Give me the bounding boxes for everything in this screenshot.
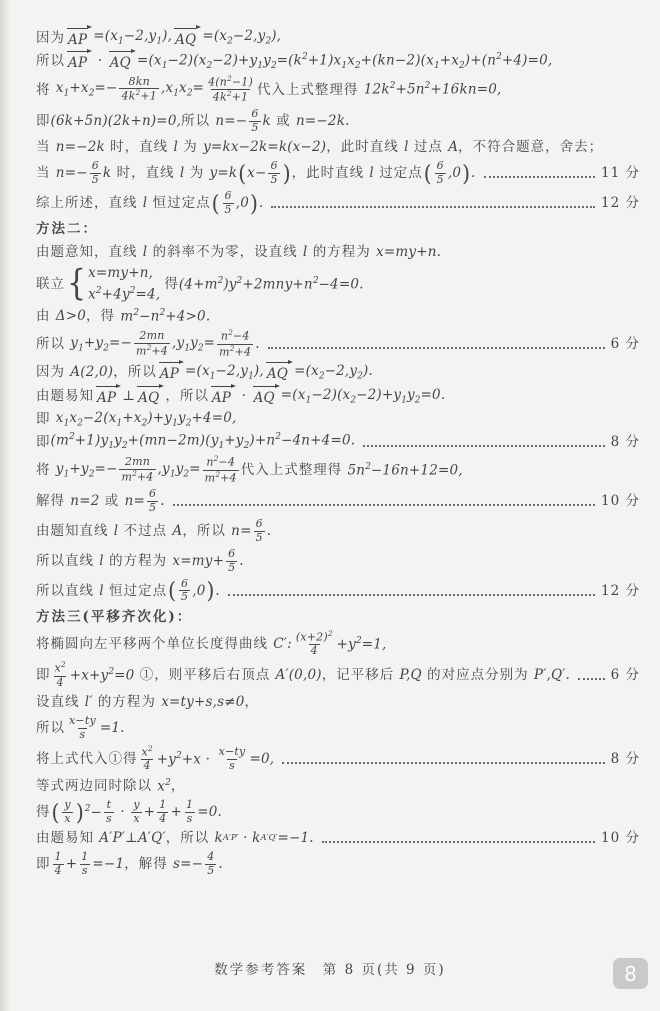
score-marker: 12 分 — [601, 194, 640, 212]
dotted-leader — [322, 841, 595, 843]
math-run: A′P′⊥A′Q′ — [99, 829, 165, 847]
math-run: 4 — [54, 676, 65, 690]
math-run: . — [239, 552, 244, 570]
text-run: 过点 — [409, 138, 449, 156]
text-run: 所以 — [36, 335, 70, 353]
big-paren: ( — [238, 158, 246, 189]
math-run: ,0 — [192, 582, 205, 600]
math-line: 当 n=−65k 时，直线 l 为 y=k(x−65)，此时直线 l 过定点(6… — [36, 159, 640, 187]
math-run: 6 — [226, 548, 237, 561]
math-run: · k — [239, 829, 261, 847]
answer-body: 因为AP=(x1−2,y1),AQ=(x2−2,y2),所以AP · AQ=(x… — [36, 25, 640, 880]
math-run: 6 — [435, 160, 446, 173]
math-run: y1+y2=− — [70, 334, 132, 355]
math-run: 4 — [309, 644, 320, 658]
math-run: AP — [68, 55, 87, 71]
math-run: x=ty+s,s≠0 — [161, 693, 244, 711]
math-run: 4 — [141, 759, 152, 773]
vector-overarrow: AQ — [173, 27, 201, 49]
fraction: x24 — [53, 661, 68, 689]
method-heading: 方法三(平移齐次化)： — [36, 608, 192, 626]
text-run: 当 — [36, 164, 56, 182]
math-line: 当 n=−2k 时，直线 l 为 y=kx−2k=k(x−2)，此时直线 l 过… — [36, 137, 640, 158]
math-run: 5n2−16n+12=0, — [348, 461, 463, 480]
math-run: 8kn — [127, 76, 152, 89]
math-run: +y2+x · — [157, 750, 215, 769]
math-run: A(2,0) — [70, 363, 113, 381]
math-run: 2− — [85, 803, 102, 822]
fraction: 4(n2−1)4k2+1 — [206, 75, 255, 105]
math-line: 将 y1+y2=−2mnm2+4,y1y2=n2−4m2+4代入上式整理得 5n… — [36, 454, 640, 486]
math-run: A′(0,0) — [276, 666, 322, 684]
brace-icon: { — [67, 260, 86, 308]
text-run: 即 — [36, 855, 51, 873]
big-paren: ( — [212, 188, 220, 219]
fraction: n2−4m2+4 — [217, 329, 253, 359]
text-run: 的方程为 — [104, 552, 173, 570]
scan-edge-shadow — [0, 0, 10, 1011]
math-run: k — [215, 829, 223, 847]
math-run: x — [62, 812, 72, 826]
math-run: AQ — [254, 390, 275, 406]
math-run: AQ — [267, 366, 288, 382]
math-line: 解得 n=2 或 n=65.10 分 — [36, 487, 640, 515]
big-paren: ) — [462, 158, 470, 189]
vector-overarrow: AP — [66, 27, 92, 49]
math-run: C′: — [273, 635, 292, 653]
math-run: =(x1−2)(x2−2)+y1y2=(k2+1)x1x2+(kn−2)(x1+… — [137, 51, 552, 72]
text-run: 时，直线 — [111, 164, 180, 182]
big-paren: ) — [76, 797, 84, 828]
text-run: 因为 — [36, 363, 70, 381]
text-run: 将椭圆向左平移两个单位长度得曲线 — [36, 635, 273, 653]
subscript-run: A′P′ — [223, 833, 239, 844]
math-run: 5 — [205, 864, 216, 878]
fraction: 65 — [249, 108, 260, 134]
math-run: · — [93, 52, 106, 70]
math-run: 5 — [226, 561, 237, 575]
math-run: AQ — [138, 390, 159, 406]
fraction: 65 — [226, 548, 237, 574]
math-run: A — [172, 522, 182, 540]
text-run: ，记平移后 — [322, 666, 400, 684]
math-run: A — [448, 138, 458, 156]
math-run: y — [131, 799, 141, 812]
math-run: 6 — [223, 190, 234, 203]
dotted-leader — [282, 762, 604, 764]
math-run: · — [116, 803, 129, 821]
math-line: 将 x1+x2=−8kn4k2+1,x1x2=4(n2−1)4k2+1代入上式整… — [36, 74, 640, 106]
fraction: 65 — [435, 160, 446, 186]
fraction: 2mnm2+4 — [119, 456, 155, 484]
score-marker: 10 分 — [601, 829, 640, 847]
math-run: y — [62, 799, 72, 812]
math-run: 6 — [147, 488, 158, 501]
math-run: 5 — [268, 173, 279, 187]
text-run: ①，则平移后右顶点 — [134, 666, 275, 684]
math-run: . — [218, 855, 223, 873]
text-run: 设直线 — [36, 693, 85, 711]
math-line: 由题易知AP⊥AQ，所以AP · AQ=(x1−2)(x2−2)+y1y2=0. — [36, 385, 640, 407]
fraction: n2−4m2+4 — [203, 455, 239, 485]
math-run: 5 — [90, 173, 101, 187]
vector-overarrow: AQ — [252, 385, 280, 407]
text-run: 由题易知 — [36, 387, 94, 405]
text-run: 由题易知 — [36, 829, 99, 847]
math-run: 1 — [184, 799, 195, 812]
math-run: n2−4 — [204, 455, 237, 469]
text-run: 将 — [36, 461, 56, 479]
math-run: ,0 — [448, 164, 461, 182]
math-run: 2mn — [123, 456, 152, 469]
big-paren: ( — [424, 158, 432, 189]
math-run: 12k2+5n2+16kn=0, — [364, 80, 502, 99]
subscript-run: A′Q′ — [260, 833, 277, 844]
score-marker: 6 分 — [611, 666, 640, 684]
fraction: 65 — [223, 190, 234, 216]
fraction: 65 — [254, 518, 265, 544]
math-run: 1 — [79, 851, 90, 864]
vector-overarrow: AQ — [265, 361, 293, 383]
math-run: s — [227, 759, 237, 773]
text-run: 的斜率不为零，设直线 — [147, 243, 303, 261]
math-run: 2mn — [137, 330, 166, 343]
math-line: 所以AP · AQ=(x1−2)(x2−2)+y1y2=(k2+1)x1x2+(… — [36, 50, 640, 72]
math-run: 4k2+1 — [119, 88, 158, 103]
text-run: 即 — [36, 410, 56, 428]
math-run: x2 — [140, 745, 155, 759]
math-run: P′,Q′. — [534, 666, 570, 684]
math-run: m2−n2+4>0. — [120, 307, 210, 326]
text-run: 将 — [36, 81, 56, 99]
math-run: AP — [160, 366, 179, 382]
math-run: m2+4 — [217, 344, 253, 359]
math-line: 由 Δ>0，得 m2−n2+4>0. — [36, 306, 640, 327]
text-run: ， — [171, 777, 186, 795]
math-run: ,x1x2= — [161, 79, 204, 100]
math-run: x — [131, 812, 141, 826]
text-run: 代入上式整理得 — [241, 461, 348, 479]
math-run: (4+m2)y2+2mny+n2−4=0. — [179, 275, 364, 294]
math-run: Δ>0 — [56, 307, 86, 325]
math-run: n2−4 — [219, 329, 252, 343]
fraction: ts — [104, 799, 114, 825]
text-run: 的对应点分别为 — [422, 666, 534, 684]
text-run: 所以 — [181, 112, 215, 130]
math-run: n=2 — [70, 492, 99, 510]
math-run: s — [185, 812, 195, 826]
fraction: 65 — [268, 160, 279, 186]
page-footer: 数学参考答案 第 8 页(共 9 页) — [0, 958, 660, 978]
text-run: 为 — [184, 164, 209, 182]
math-line: 所以直线 l 恒过定点(65,0).12 分 — [36, 577, 640, 605]
text-run: 所以直线 — [36, 582, 99, 600]
dotted-leader — [363, 445, 604, 447]
math-run: y=kx−2k=k(x−2) — [203, 138, 326, 156]
math-run: t — [105, 799, 114, 812]
math-run: 5 — [249, 121, 260, 135]
text-run: 的方程为 — [93, 693, 162, 711]
text-run: ，所以 — [165, 387, 209, 405]
math-run: . — [267, 522, 272, 540]
math-line: 综上所述，直线 l 恒过定点(65,0).12 分 — [36, 189, 640, 217]
fraction: 14 — [157, 799, 168, 825]
text-run: 解得 — [36, 492, 70, 510]
text-run: 恒过定点 — [104, 582, 167, 600]
text-run: ，得 — [86, 307, 120, 325]
text-run: 不过点 — [118, 522, 172, 540]
text-run: 或 — [100, 492, 125, 510]
math-run: ,y1y2= — [172, 334, 215, 355]
text-run: 或 — [271, 112, 296, 130]
math-run: 4k2+1 — [211, 89, 250, 104]
math-line: 设直线 l′ 的方程为 x=ty+s,s≠0， — [36, 692, 640, 713]
text-run: 时，直线 — [105, 138, 174, 156]
math-run: 5 — [435, 173, 446, 187]
text-run: 由题意知，直线 — [36, 243, 143, 261]
text-run: ，此时直线 — [292, 164, 370, 182]
fraction: x−tys — [67, 715, 98, 741]
math-run: n=− — [56, 164, 88, 182]
text-run: 当 — [36, 138, 56, 156]
text-run: 所以 — [36, 52, 65, 70]
text-run: ，所以 — [166, 829, 215, 847]
fraction: 8kn4k2+1 — [119, 76, 158, 104]
equation-system: {x=my+n,x2+4y2=4, — [67, 264, 160, 305]
math-line: 所以直线 l 的方程为 x=my+65. — [36, 547, 640, 575]
text-run: 所以 — [36, 719, 65, 737]
math-run: =(x2−2,y2), — [202, 27, 281, 48]
math-run: =1. — [100, 719, 125, 737]
math-run: m2+4 — [119, 469, 155, 484]
math-run: n= — [231, 522, 251, 540]
math-run: . — [471, 164, 476, 182]
text-run: 等式两边同时除以 — [36, 777, 157, 795]
text-run: 为 — [178, 138, 203, 156]
big-paren: ) — [283, 158, 291, 189]
math-run: . — [259, 194, 264, 212]
math-run: + — [66, 855, 78, 873]
vector-overarrow: AP — [66, 50, 92, 72]
fraction: 14 — [53, 851, 64, 877]
math-run: s=− — [173, 855, 203, 873]
math-run: y=k — [210, 164, 238, 182]
score-marker: 12 分 — [601, 582, 640, 600]
math-run: . — [255, 335, 260, 353]
math-run: s — [104, 812, 114, 826]
vector-overarrow: AQ — [108, 50, 136, 72]
math-line: 由题意知，直线 l 的斜率不为零，设直线 l 的方程为 x=my+n. — [36, 241, 640, 262]
math-run: =(x1−2,y1), — [93, 27, 172, 48]
math-run: (m2+1)y1y2+(mn−2m)(y1+y2)+n2−4n+4=0. — [51, 431, 356, 452]
text-run: 由 — [36, 307, 56, 325]
math-run: =0, — [249, 750, 274, 768]
math-run: 5 — [147, 501, 158, 515]
text-run: 即 — [36, 112, 51, 130]
math-run: m2+4 — [203, 470, 239, 485]
fraction: 1s — [79, 851, 90, 877]
big-paren: ( — [168, 576, 176, 607]
math-run: 5 — [254, 531, 265, 545]
math-run: =(x1−2,y1), — [185, 362, 264, 383]
text-run: 将上式代入①得 — [36, 750, 138, 768]
math-run: x−ty — [217, 746, 248, 759]
fraction: 65 — [147, 488, 158, 514]
math-run: 4 — [205, 851, 216, 864]
method-heading: 方法二： — [36, 220, 98, 238]
math-line: 联立{x=my+n,x2+4y2=4,得(4+m2)y2+2mny+n2−4=0… — [36, 264, 640, 305]
math-run: n= — [125, 492, 145, 510]
text-run: 综上所述，直线 — [36, 194, 143, 212]
fraction: 1s — [184, 799, 195, 825]
math-run: m2+4 — [134, 343, 170, 358]
math-run: s — [80, 864, 90, 878]
math-run: +x+y2=0 — [70, 666, 135, 685]
math-run: =−1 — [92, 855, 124, 873]
math-run: x1+x2=− — [56, 79, 118, 100]
math-run: n=− — [215, 112, 247, 130]
math-line: 所以 y1+y2=−2mnm2+4,y1y2=n2−4m2+4.6 分 — [36, 328, 640, 360]
big-paren: ) — [207, 576, 215, 607]
text-run: 所以直线 — [36, 552, 99, 570]
footer-text: 数学参考答案 第 8 页(共 9 页) — [214, 962, 445, 978]
math-run: 6 — [254, 518, 265, 531]
math-run: x2 — [157, 777, 171, 796]
math-run: n=−2k. — [296, 112, 350, 130]
text-run: ，不符合题意，舍去； — [458, 138, 603, 156]
math-run: +y2=1, — [337, 635, 387, 654]
math-run: 1 — [157, 799, 168, 812]
math-run: l′ — [85, 693, 93, 711]
score-marker: 11 分 — [601, 164, 640, 182]
dotted-leader — [228, 594, 595, 596]
math-run: x−ty — [67, 715, 98, 728]
math-line: 因为AP=(x1−2,y1),AQ=(x2−2,y2), — [36, 27, 640, 49]
score-marker: 8 分 — [611, 750, 640, 768]
math-line: 即 x1x2−2(x1+x2)+y1y2+4=0, — [36, 409, 640, 430]
math-run: k — [263, 112, 271, 130]
math-run: =−1. — [277, 829, 313, 847]
math-run: x=my+ — [172, 552, 224, 570]
math-run: 5 — [223, 203, 234, 217]
text-run: 的方程为 — [307, 243, 376, 261]
math-run: 5 — [179, 590, 190, 604]
math-run: 6 — [179, 578, 190, 591]
math-run: y1+y2=− — [56, 460, 118, 481]
math-run: AP — [68, 32, 87, 48]
math-run: AQ — [175, 32, 196, 48]
math-run: ,y1y2= — [158, 460, 201, 481]
math-run: =(x2−2,y2). — [294, 362, 373, 383]
text-run: 恒过定点 — [147, 194, 210, 212]
math-line: 即(m2+1)y1y2+(mn−2m)(y1+y2)+n2−4n+4=0.8 分 — [36, 431, 640, 452]
math-run: + — [144, 803, 156, 821]
dotted-leader — [173, 504, 595, 506]
math-line: 得(yx)2−ts · yx+14+1s=0. — [36, 798, 640, 826]
math-run: AP — [97, 390, 116, 406]
fraction: 65 — [90, 160, 101, 186]
fraction: 65 — [179, 578, 190, 604]
math-run: 6 — [90, 160, 101, 173]
math-run: 6 — [249, 108, 260, 121]
text-run: ，所以 — [182, 522, 231, 540]
big-paren: ) — [250, 188, 258, 219]
text-run: ，此时直线 — [326, 138, 404, 156]
math-run: ,0 — [236, 194, 249, 212]
text-run: 过定点 — [374, 164, 423, 182]
fraction: yx — [131, 799, 141, 825]
math-run: 1 — [53, 851, 64, 864]
math-run: (6k+5n)(2k+n)=0, — [51, 112, 182, 130]
dotted-leader — [268, 347, 605, 349]
math-run: + — [170, 803, 182, 821]
math-run: . — [215, 582, 220, 600]
text-run: 联立 — [36, 275, 65, 293]
math-line: 由题知直线 l 不过点 A，所以 n=65. — [36, 517, 640, 545]
math-run: x=my+n, — [88, 264, 153, 282]
math-run: 6 — [268, 160, 279, 173]
fraction: x−tys — [217, 746, 248, 772]
equation-system-rows: x=my+n,x2+4y2=4, — [88, 264, 160, 304]
text-run: 由题知直线 — [36, 522, 114, 540]
math-line: 即x24+x+y2=0 ①，则平移后右顶点 A′(0,0)，记平移后 P,Q 的… — [36, 660, 640, 690]
score-marker: 10 分 — [601, 492, 640, 510]
text-run: ，所以 — [113, 363, 157, 381]
text-run: ， — [245, 693, 260, 711]
score-marker: 8 分 — [611, 433, 640, 451]
math-line: 所以x−tys=1. — [36, 714, 640, 742]
dotted-leader — [271, 206, 595, 208]
fraction: yx — [62, 799, 72, 825]
math-run: s — [78, 728, 88, 742]
fraction: (x+2)24 — [294, 630, 335, 658]
big-paren: ( — [52, 797, 60, 828]
vector-overarrow: AP — [158, 361, 184, 383]
page-number-badge: 8 — [613, 958, 648, 989]
math-run: . — [160, 492, 165, 510]
math-run: 4(n2−1) — [206, 75, 255, 89]
fraction: 45 — [205, 851, 216, 877]
math-run: (x+2)2 — [294, 630, 335, 644]
math-run: AQ — [110, 55, 131, 71]
math-run: x2 — [53, 661, 68, 675]
math-run: 4 — [157, 812, 168, 826]
text-run: 代入上式整理得 — [257, 81, 364, 99]
math-line: 等式两边同时除以 x2， — [36, 776, 640, 797]
math-run: P,Q — [400, 666, 422, 684]
math-run: AP — [212, 390, 231, 406]
fraction: 2mnm2+4 — [134, 330, 170, 358]
math-run: 4 — [53, 864, 64, 878]
math-line: 将上式代入①得x24+y2+x · x−tys=0,8 分 — [36, 744, 640, 774]
vector-overarrow: AP — [210, 385, 236, 407]
math-line: 将椭圆向左平移两个单位长度得曲线 C′:(x+2)24+y2=1, — [36, 629, 640, 659]
text-run: 即 — [36, 433, 51, 451]
text-run: 得 — [36, 803, 51, 821]
math-run: x− — [247, 164, 266, 182]
math-run: · — [237, 387, 250, 405]
math-line: 因为 A(2,0)，所以AP=(x1−2,y1),AQ=(x2−2,y2). — [36, 361, 640, 383]
vector-overarrow: AQ — [136, 385, 164, 407]
math-run: x=my+n. — [376, 243, 441, 261]
math-run: k — [103, 164, 111, 182]
math-line: 由题易知 A′P′⊥A′Q′，所以 kA′P′ · kA′Q′=−1.10 分 — [36, 828, 640, 849]
math-line: 即(6k+5n)(2k+n)=0,所以 n=−65k 或 n=−2k. — [36, 107, 640, 135]
math-line: 方法三(平移齐次化)： — [36, 606, 640, 627]
math-line: 即14+1s=−1，解得 s=−45. — [36, 850, 640, 878]
dotted-leader — [578, 678, 605, 680]
vector-overarrow: AP — [95, 385, 121, 407]
